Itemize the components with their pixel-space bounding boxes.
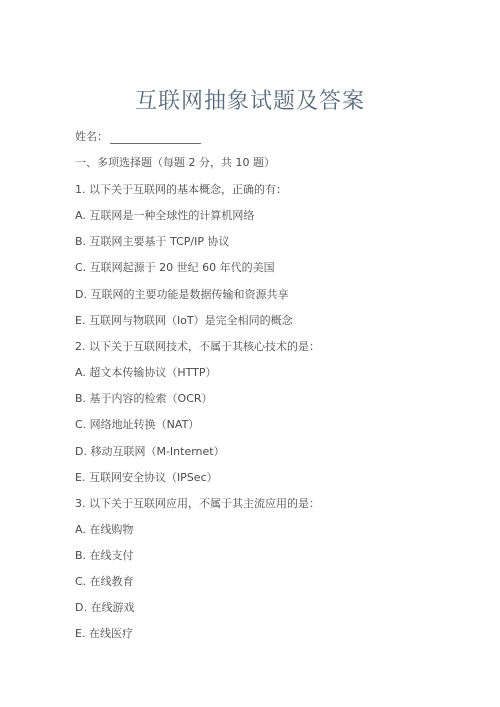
question-3-option-b: B. 在线支付 — [75, 549, 134, 563]
question-3-stem: 3. 以下关于互联网应用，不属于其主流应用的是： — [75, 497, 320, 511]
question-1-stem: 1. 以下关于互联网的基本概念，正确的有： — [75, 183, 287, 197]
question-3-option-e: E. 在线医疗 — [75, 627, 133, 641]
document-page: 互联网抽象试题及答案 姓名： 一、多项选择题（每题 2 分，共 10 题） 1.… — [0, 0, 500, 707]
question-3-option-a: A. 在线购物 — [75, 523, 133, 537]
question-2-option-d: D. 移动互联网（M-Internet） — [75, 445, 225, 459]
document-title: 互联网抽象试题及答案 — [0, 84, 500, 115]
question-2-option-c: C. 网络地址转换（NAT） — [75, 418, 199, 432]
name-blank-line[interactable] — [110, 133, 201, 144]
question-1-option-d: D. 互联网的主要功能是数据传输和资源共享 — [75, 288, 288, 302]
question-1-option-b: B. 互联网主要基于 TCP/IP 协议 — [75, 235, 230, 249]
name-label: 姓名： — [75, 130, 108, 144]
question-2-stem: 2. 以下关于互联网技术，不属于其核心技术的是： — [75, 340, 320, 354]
question-1-option-e: E. 互联网与物联网（IoT）是完全相同的概念 — [75, 314, 293, 328]
question-1-option-a: A. 互联网是一种全球性的计算机网络 — [75, 209, 254, 223]
question-2-option-a: A. 超文本传输协议（HTTP） — [75, 366, 216, 380]
question-3-option-c: C. 在线教育 — [75, 575, 134, 589]
question-2-option-e: E. 互联网安全协议（IPSec） — [75, 471, 218, 485]
name-field-row: 姓名： — [75, 130, 201, 144]
question-1-option-c: C. 互联网起源于 20 世纪 60 年代的美国 — [75, 261, 275, 275]
section-heading: 一、多项选择题（每题 2 分，共 10 题） — [75, 156, 275, 170]
question-2-option-b: B. 基于内容的检索（OCR） — [75, 392, 213, 406]
question-3-option-d: D. 在线游戏 — [75, 601, 134, 615]
